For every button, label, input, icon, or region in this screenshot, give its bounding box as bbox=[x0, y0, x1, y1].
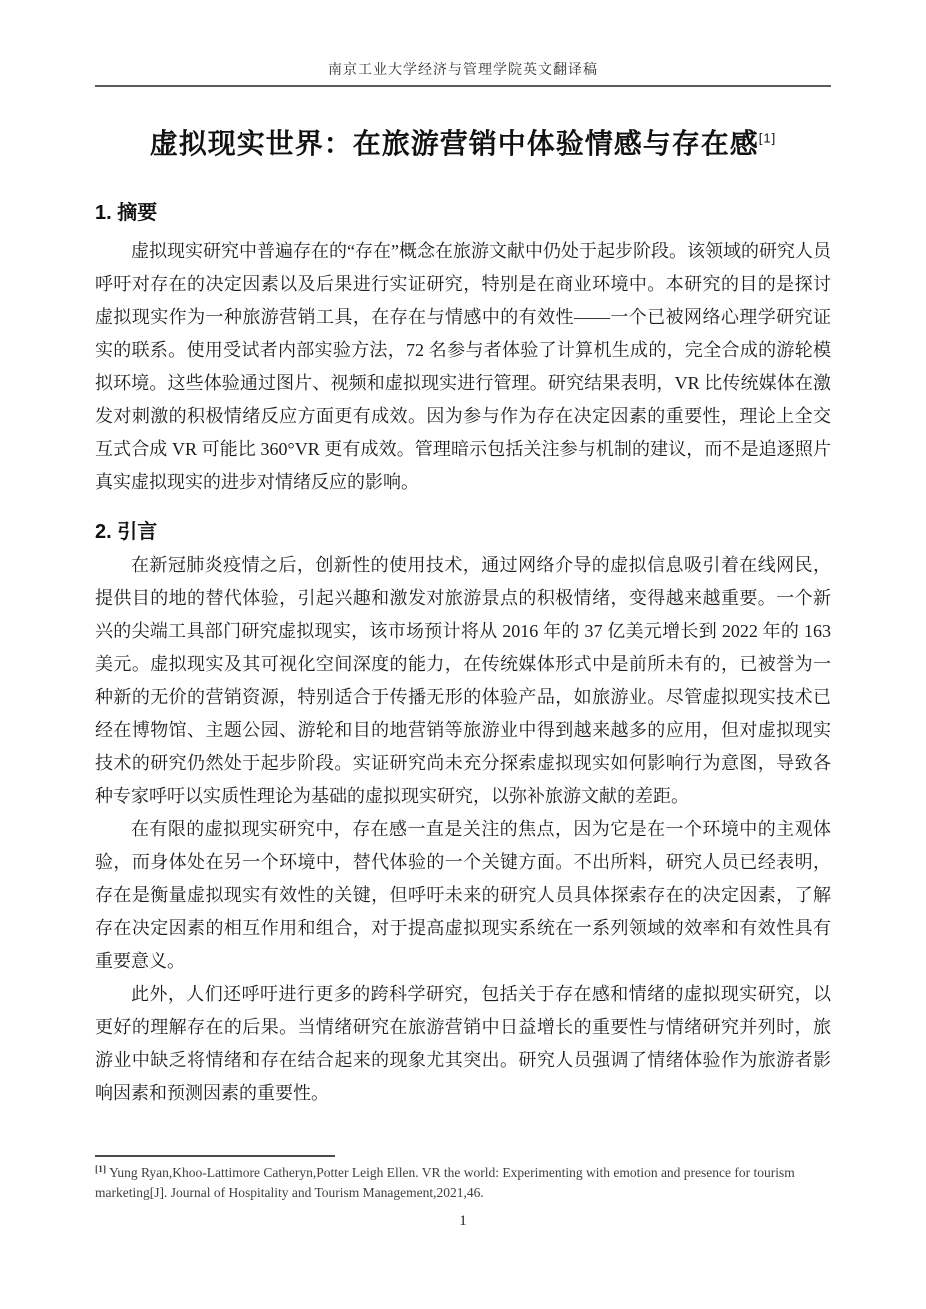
title-footnote-ref: [1] bbox=[759, 131, 776, 146]
page-number: 1 bbox=[0, 1213, 926, 1230]
introduction-paragraph-3: 此外，人们还呼吁进行更多的跨科学研究，包括关于存在感和情绪的虚拟现实研究，以更好… bbox=[95, 978, 831, 1110]
footnote-divider bbox=[95, 1155, 335, 1157]
running-header-text: 南京工业大学经济与管理学院英文翻译稿 bbox=[328, 63, 598, 78]
introduction-body: 在新冠肺炎疫情之后，创新性的使用技术，通过网络介导的虚拟信息吸引着在线网民，提供… bbox=[95, 549, 831, 1110]
introduction-paragraph-2: 在有限的虚拟现实研究中，存在感一直是关注的焦点，因为它是在一个环境中的主观体验，… bbox=[95, 813, 831, 978]
section-heading-introduction: 2. 引言 bbox=[95, 515, 831, 544]
document-title: 虚拟现实世界：在旅游营销中体验情感与存在感[1] bbox=[60, 122, 866, 162]
abstract-body: 虚拟现实研究中普遍存在的“存在”概念在旅游文献中仍处于起步阶段。该领域的研究人员… bbox=[95, 235, 831, 499]
running-header: 南京工业大学经济与管理学院英文翻译稿 bbox=[95, 59, 831, 79]
abstract-paragraph: 虚拟现实研究中普遍存在的“存在”概念在旅游文献中仍处于起步阶段。该领域的研究人员… bbox=[95, 235, 831, 499]
document-title-text: 虚拟现实世界：在旅游营销中体验情感与存在感 bbox=[150, 128, 759, 159]
document-page: 南京工业大学经济与管理学院英文翻译稿 虚拟现实世界：在旅游营销中体验情感与存在感… bbox=[0, 0, 926, 1309]
section-heading-abstract: 1. 摘要 bbox=[95, 196, 831, 225]
footnote: [1]Yung Ryan,Khoo-Lattimore Catheryn,Pot… bbox=[95, 1163, 837, 1202]
footnote-marker: [1] bbox=[95, 1165, 106, 1175]
header-divider bbox=[95, 85, 831, 87]
introduction-paragraph-1: 在新冠肺炎疫情之后，创新性的使用技术，通过网络介导的虚拟信息吸引着在线网民，提供… bbox=[95, 549, 831, 813]
footnote-text: Yung Ryan,Khoo-Lattimore Catheryn,Potter… bbox=[95, 1165, 795, 1200]
